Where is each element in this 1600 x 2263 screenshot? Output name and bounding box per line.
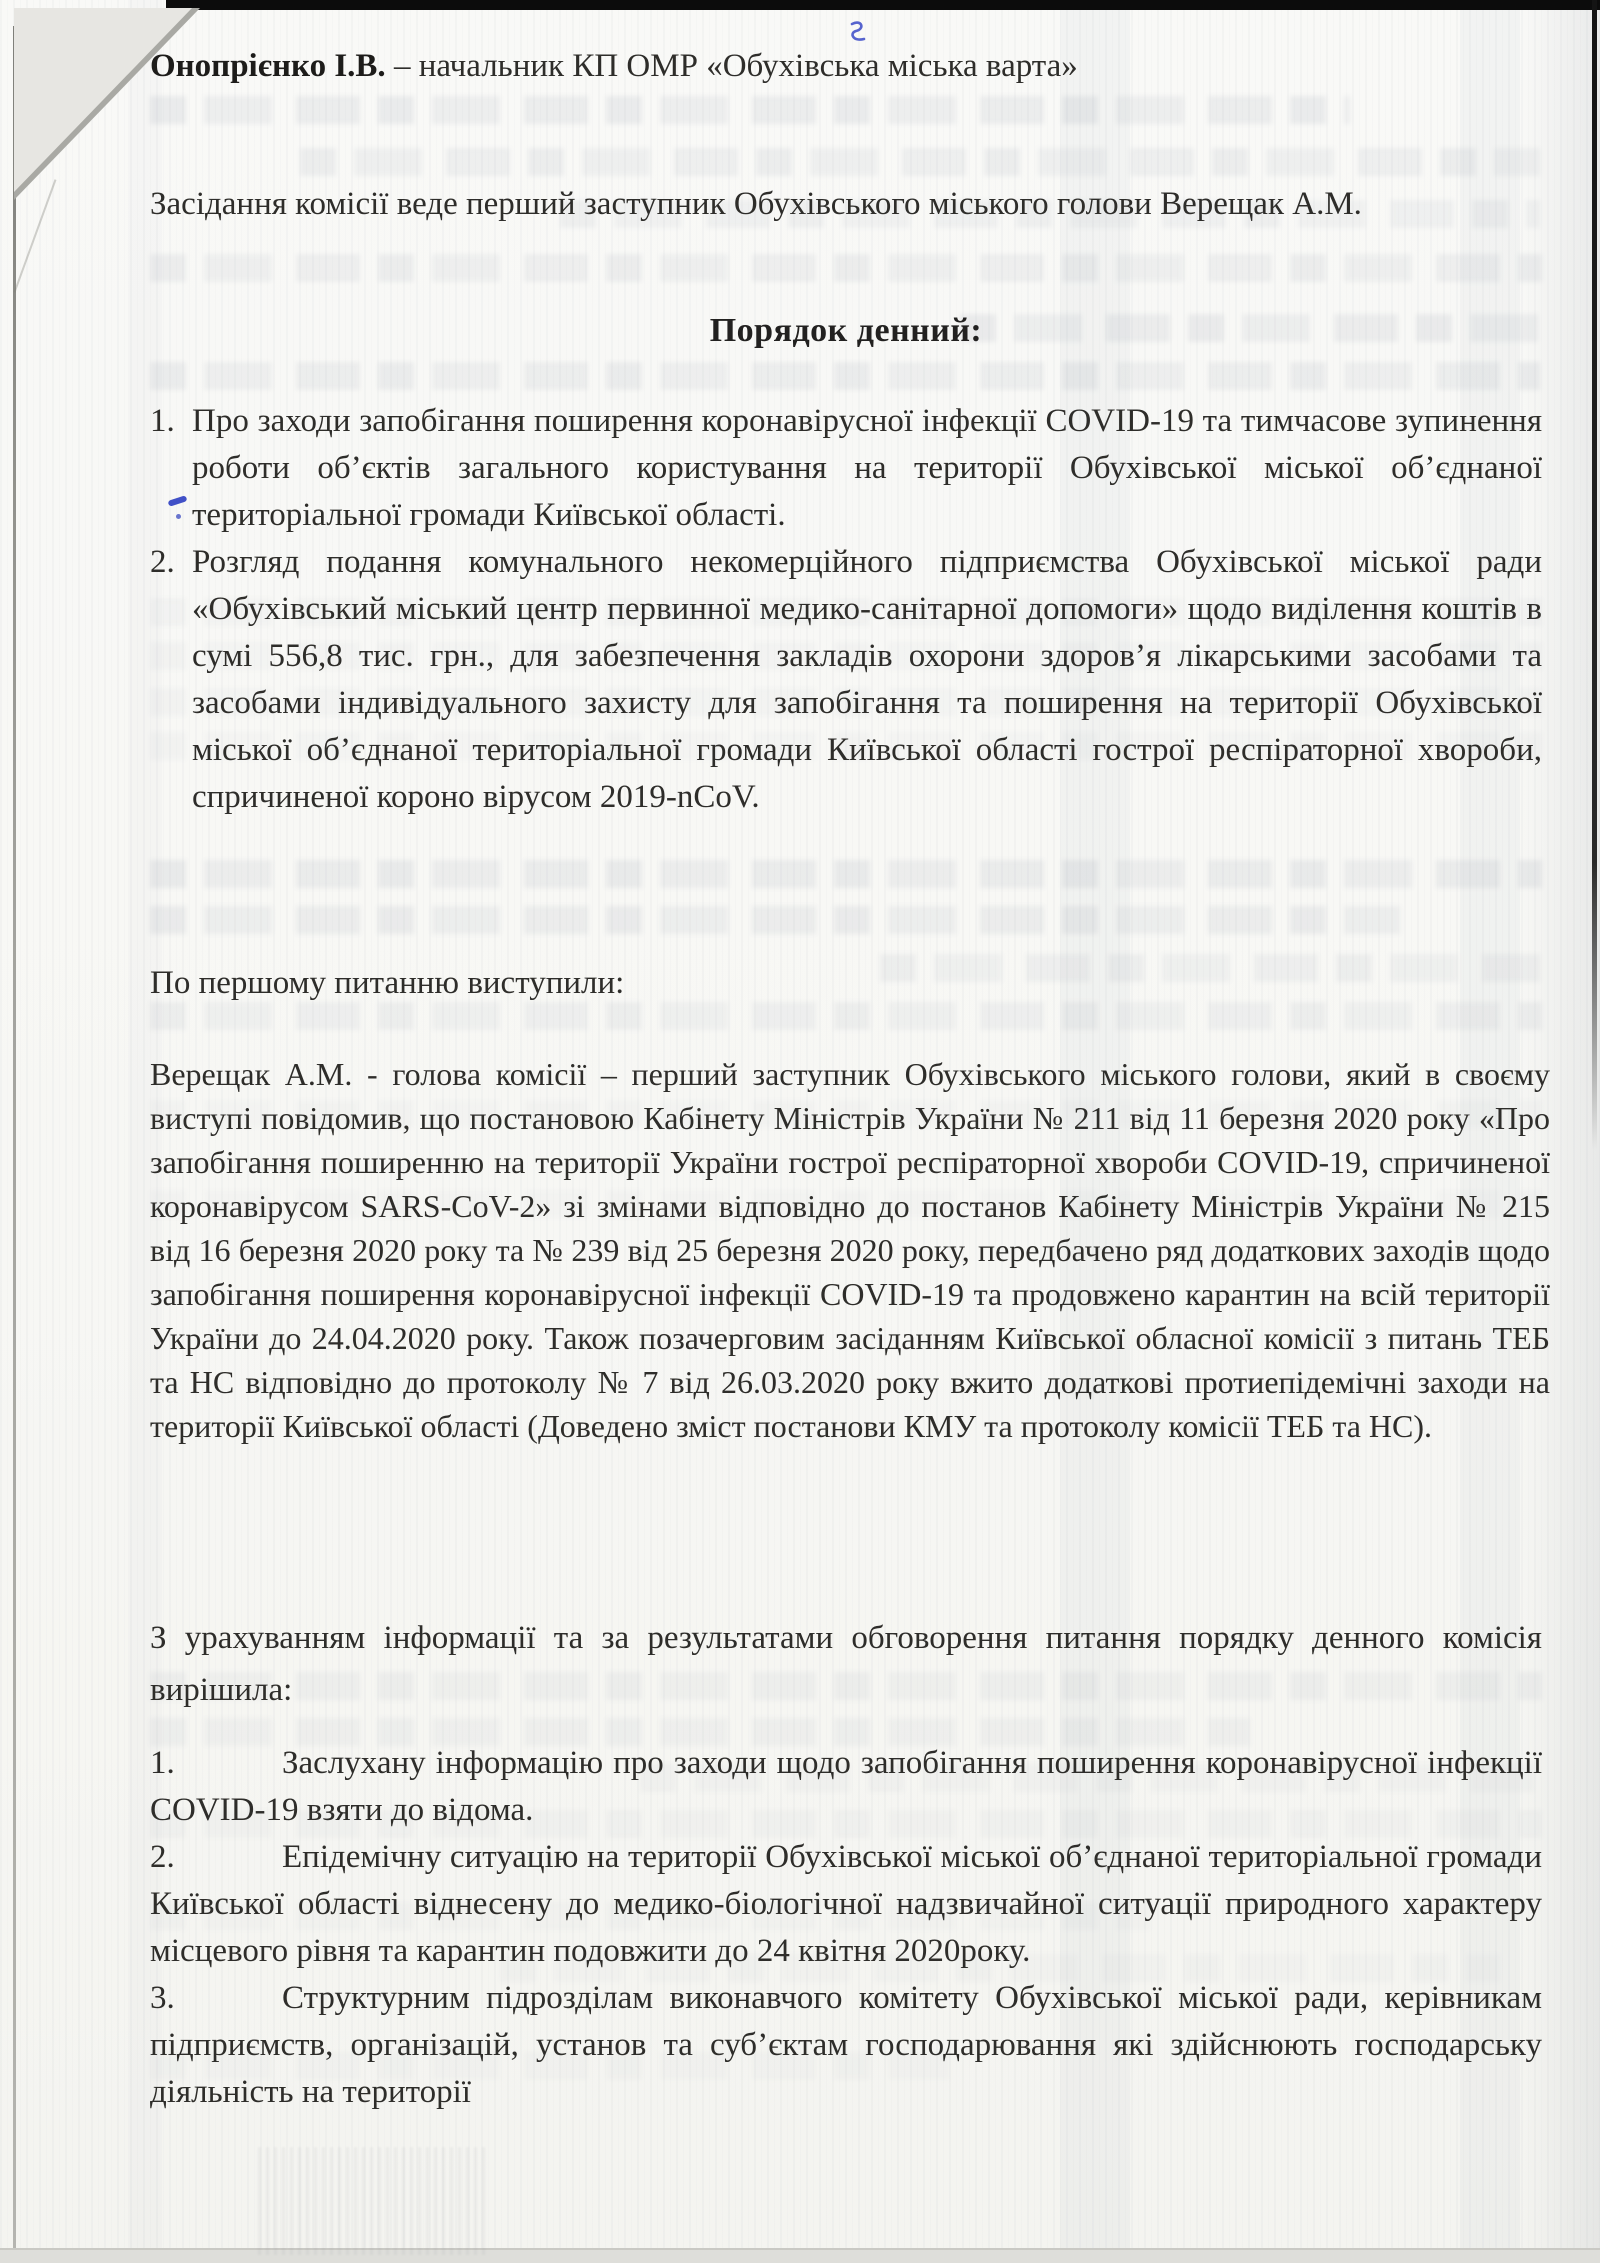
- agenda-item: 1.Про заходи запобігання поширення корон…: [150, 398, 1542, 539]
- bleedthrough-line: [150, 1002, 1542, 1030]
- scan-smudge: [258, 2147, 488, 2255]
- resolution-item-text: Структурним підрозділам виконавчого комі…: [150, 1980, 1542, 2110]
- scanner-edge-top: [166, 0, 1600, 10]
- resolution-item: 3.Структурним підрозділам виконавчого ко…: [150, 1975, 1542, 2116]
- resolution-intro: З урахуванням інформації та за результат…: [150, 1612, 1542, 1716]
- speech-paragraph: Верещак А.М. - голова комісії – перший з…: [150, 1052, 1550, 1448]
- bleedthrough-line: [150, 906, 1400, 934]
- agenda-heading: Порядок денний:: [150, 312, 1542, 350]
- agenda-item-text: Розгляд подання комунального некомерційн…: [192, 544, 1542, 815]
- folded-corner: [14, 8, 192, 192]
- bleedthrough-line: [300, 148, 1540, 176]
- resolution-item: 2.Епідемічну ситуацію на території Обухі…: [150, 1834, 1542, 1975]
- first-question-heading: По першому питанню виступили:: [150, 960, 1542, 1006]
- scanner-edge-bottom: [0, 2248, 1600, 2263]
- bleedthrough-line: [150, 96, 1350, 124]
- page-edge-left: [13, 26, 16, 2263]
- agenda-item-number: 1.: [150, 398, 192, 445]
- resolution-item-text: Заслухану інформацію про заходи щодо зап…: [150, 1745, 1542, 1828]
- bleedthrough-line: [150, 860, 1542, 888]
- scanned-document: { "colors": { "ink_mark": "#2c3ec2", "te…: [0, 0, 1600, 2263]
- speaker-name-bold: Онопрієнко І.В.: [150, 48, 386, 84]
- scan-page: Онопрієнко І.В. – начальник КП ОМР «Обух…: [0, 0, 1600, 2263]
- resolution-item-text: Епідемічну ситуацію на території Обухівс…: [150, 1839, 1542, 1969]
- scanner-edge-right: [1592, 0, 1597, 1150]
- resolution-item-number: 2.: [150, 1834, 282, 1881]
- agenda-item: 2.Розгляд подання комунального некомерці…: [150, 539, 1542, 821]
- speaker-title-text: – начальник КП ОМР «Обухівська міська ва…: [386, 48, 1078, 84]
- resolution-item: 1.Заслухану інформацію про заходи щодо з…: [150, 1740, 1542, 1834]
- bleedthrough-line: [150, 362, 1540, 390]
- agenda-item-text: Про заходи запобігання поширення коронав…: [192, 403, 1542, 533]
- page-title: Онопрієнко І.В. – начальник КП ОМР «Обух…: [150, 40, 1542, 92]
- agenda-item-number: 2.: [150, 539, 192, 586]
- resolution-list: 1.Заслухану інформацію про заходи щодо з…: [150, 1740, 1542, 2116]
- resolution-item-number: 1.: [150, 1740, 282, 1787]
- bleedthrough-line: [150, 254, 1542, 282]
- intro-paragraph: Засідання комісії веде перший заступник …: [150, 176, 1542, 232]
- agenda-list: 1.Про заходи запобігання поширення корон…: [150, 398, 1542, 821]
- resolution-item-number: 3.: [150, 1975, 282, 2022]
